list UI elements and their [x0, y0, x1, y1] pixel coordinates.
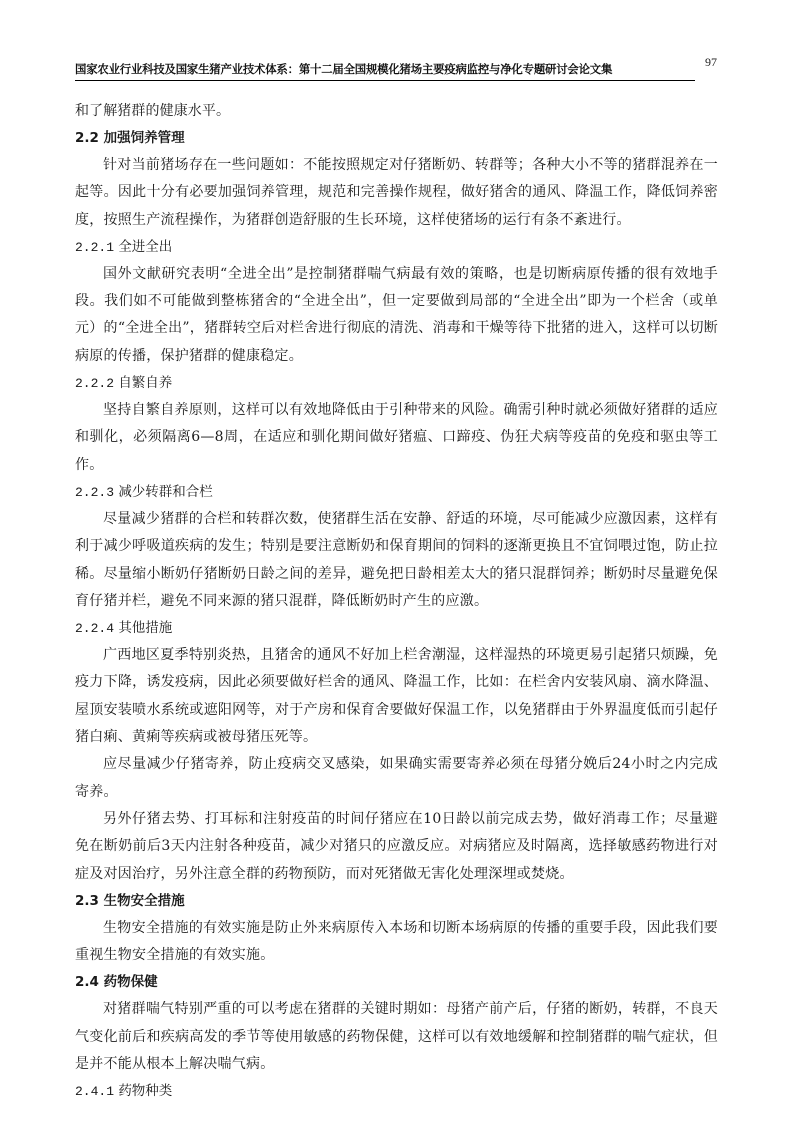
section-heading-2-3: 2.3 生物安全措施	[75, 888, 718, 915]
paragraph: 应尽量减少仔猪寄养，防止疫病交叉感染，如果确实需要寄养必须在母猪分娩后24小时之…	[75, 751, 718, 806]
subsection-number: 2.2.2	[75, 376, 114, 391]
paragraph: 对猪群喘气特别严重的可以考虑在猪群的关键时期如：母猪产前产后，仔猪的断奶，转群，…	[75, 996, 718, 1078]
subsection-heading-2-2-1: 2.2.1 全进全出	[75, 234, 718, 261]
subsection-title: 全进全出	[118, 239, 172, 255]
subsection-number: 2.2.3	[75, 485, 114, 500]
subsection-title: 减少转群和合栏	[118, 484, 213, 500]
subsection-heading-2-2-3: 2.2.3 减少转群和合栏	[75, 479, 718, 506]
continuation-text: 和了解猪群的健康水平。	[75, 98, 718, 125]
paragraph: 广西地区夏季特别炎热，且猪舍的通风不好加上栏舍潮湿，这样湿热的环境更易引起猪只烦…	[75, 642, 718, 751]
subsection-number: 2.2.1	[75, 240, 114, 255]
paragraph: 坚持自繁自养原则，这样可以有效地降低由于引种带来的风险。确需引种时就必须做好猪群…	[75, 397, 718, 479]
section-heading-2-4: 2.4 药物保健	[75, 969, 718, 996]
subsection-title: 自繁自养	[118, 375, 172, 391]
subsection-heading-2-2-4: 2.2.4 其他措施	[75, 615, 718, 642]
paragraph: 尽量减少猪群的合栏和转群次数，使猪群生活在安静、舒适的环境，尽可能减少应激因素，…	[75, 506, 718, 615]
paragraph: 国外文献研究表明“全进全出”是控制猪群喘气病最有效的策略，也是切断病原传播的很有…	[75, 261, 718, 370]
paragraph: 生物安全措施的有效实施是防止外来病原传入本场和切断本场病原的传播的重要手段，因此…	[75, 915, 718, 970]
subsection-heading-2-2-2: 2.2.2 自繁自养	[75, 370, 718, 397]
subsection-number: 2.4.1	[75, 1084, 114, 1099]
header-title: 国家农业行业科技及国家生猪产业技术体系：第十二届全国规模化猪场主要疫病监控与净化…	[75, 61, 612, 77]
paragraph: 针对当前猪场存在一些问题如：不能按照规定对仔猪断奶、转群等；各种大小不等的猪群混…	[75, 152, 718, 234]
page-number: 97	[705, 55, 717, 70]
section-heading-2-2: 2.2 加强饲养管理	[75, 125, 718, 152]
subsection-heading-2-4-1: 2.4.1 药物种类	[75, 1078, 718, 1105]
subsection-number: 2.2.4	[75, 621, 114, 636]
running-header: 国家农业行业科技及国家生猪产业技术体系：第十二届全国规模化猪场主要疫病监控与净化…	[75, 58, 695, 81]
subsection-title: 其他措施	[118, 620, 172, 636]
paragraph: 另外仔猪去势、打耳标和注射疫苗的时间仔猪应在10日龄以前完成去势，做好消毒工作；…	[75, 806, 718, 888]
subsection-title: 药物种类	[118, 1083, 172, 1099]
document-body: 和了解猪群的健康水平。 2.2 加强饲养管理 针对当前猪场存在一些问题如：不能按…	[75, 98, 718, 1105]
